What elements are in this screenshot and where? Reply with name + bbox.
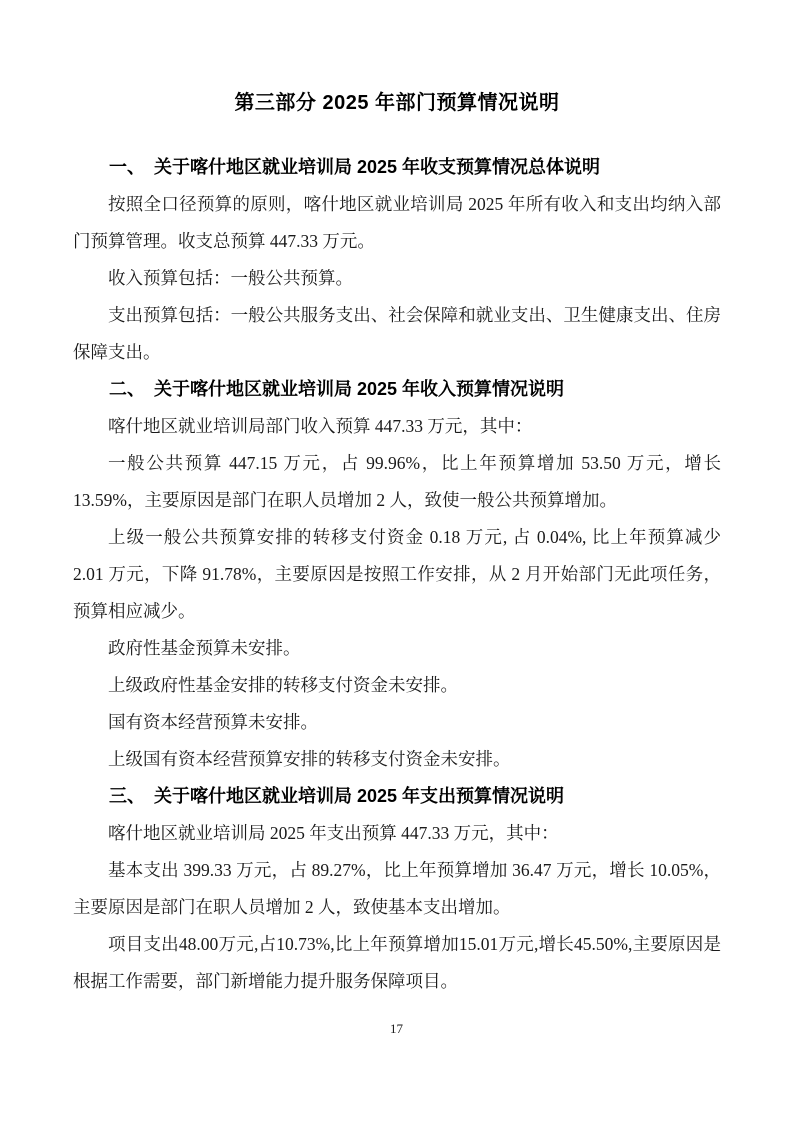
paragraph-state-capital-none: 国有资本经营预算未安排。 [73,704,721,741]
paragraph-government-fund-none: 政府性基金预算未安排。 [73,630,721,667]
paragraph-general-public-budget: 一般公共预算 447.15 万元，占 99.96%，比上年预算增加 53.50 … [73,445,721,519]
document-title: 第三部分 2025 年部门预算情况说明 [73,89,721,117]
section-heading-expense-budget: 三、 关于喀什地区就业培训局 2025 年支出预算情况说明 [73,778,721,815]
paragraph-government-fund-transfer-none: 上级政府性基金安排的转移支付资金未安排。 [73,667,721,704]
paragraph-project-expense: 项目支出48.00万元,占10.73%,比上年预算增加15.01万元,增长45.… [73,926,721,1000]
section-heading-income-budget: 二、 关于喀什地区就业培训局 2025 年收入预算情况说明 [73,371,721,408]
paragraph-total-budget: 按照全口径预算的原则，喀什地区就业培训局 2025 年所有收入和支出均纳入部门预… [73,186,721,260]
paragraph-basic-expense: 基本支出 399.33 万元，占 89.27%，比上年预算增加 36.47 万元… [73,852,721,926]
paragraph-expense-includes: 支出预算包括：一般公共服务支出、社会保障和就业支出、卫生健康支出、住房保障支出。 [73,297,721,371]
paragraph-income-includes: 收入预算包括：一般公共预算。 [73,260,721,297]
paragraph-income-total: 喀什地区就业培训局部门收入预算 447.33 万元，其中： [73,408,721,445]
section-heading-income-expense-overview: 一、 关于喀什地区就业培训局 2025 年收支预算情况总体说明 [73,149,721,186]
paragraph-state-capital-transfer-none: 上级国有资本经营预算安排的转移支付资金未安排。 [73,741,721,778]
paragraph-transfer-payment: 上级一般公共预算安排的转移支付资金 0.18 万元, 占 0.04%, 比上年预… [73,519,721,630]
document-content: 第三部分 2025 年部门预算情况说明 一、 关于喀什地区就业培训局 2025 … [73,89,721,1000]
paragraph-expense-total: 喀什地区就业培训局 2025 年支出预算 447.33 万元，其中： [73,815,721,852]
page-number: 17 [0,1021,793,1037]
document-page: 第三部分 2025 年部门预算情况说明 一、 关于喀什地区就业培训局 2025 … [0,0,793,1122]
